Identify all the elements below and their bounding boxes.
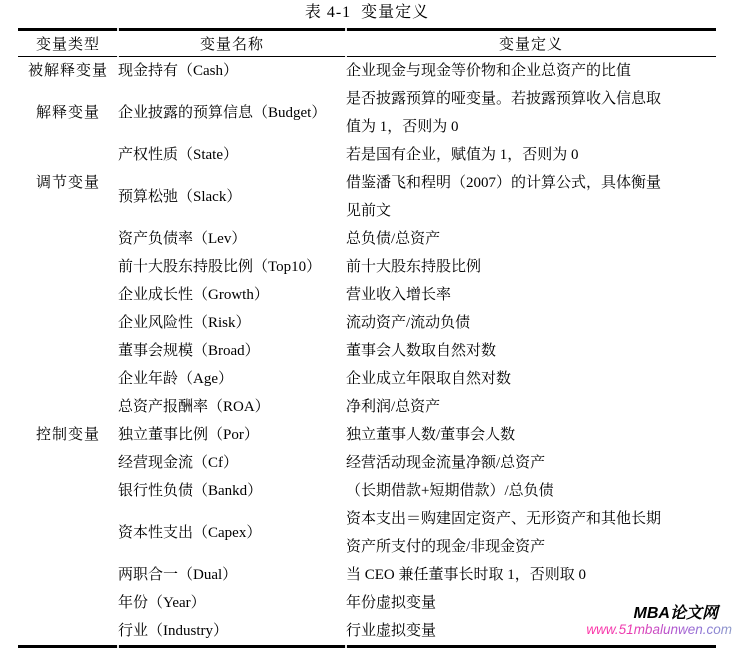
variable-name-cell: 前十大股东持股比例（Top10） <box>118 253 346 281</box>
border-tick <box>345 56 347 57</box>
table-row: 被解释变量现金持有（Cash）企业现金与现金等价物和企业总资产的比值 <box>18 57 716 86</box>
variable-definition-cell: 营业收入增长率 <box>346 281 716 309</box>
table-row: 控制变量资产负债率（Lev）总负债/总资产 <box>18 225 716 253</box>
variable-type-cell: 被解释变量 <box>18 57 118 86</box>
table-row: 企业成长性（Growth）营业收入增长率 <box>18 281 716 309</box>
table-row: 预算松弛（Slack）借鉴潘飞和程明（2007）的计算公式，具体衡量 见前文 <box>18 169 716 225</box>
table-row: 解释变量企业披露的预算信息（Budget）是否披露预算的哑变量。若披露预算收入信… <box>18 85 716 141</box>
border-tick <box>345 28 347 31</box>
variable-definition-table: 变量类型 变量名称 变量定义 被解释变量现金持有（Cash）企业现金与现金等价物… <box>18 28 716 648</box>
variable-definition-cell: 借鉴潘飞和程明（2007）的计算公式，具体衡量 见前文 <box>346 169 716 225</box>
variable-name-cell: 资产负债率（Lev） <box>118 225 346 253</box>
table-row: 经营现金流（Cf）经营活动现金流量净额/总资产 <box>18 449 716 477</box>
table-body: 被解释变量现金持有（Cash）企业现金与现金等价物和企业总资产的比值解释变量企业… <box>18 57 716 647</box>
variable-name-cell: 资本性支出（Capex） <box>118 505 346 561</box>
variable-definition-cell: 流动资产/流动负债 <box>346 309 716 337</box>
table-header: 变量类型 变量名称 变量定义 <box>18 30 716 57</box>
variable-name-cell: 银行性负债（Bankd） <box>118 477 346 505</box>
border-tick <box>117 56 119 57</box>
variable-name-cell: 企业披露的预算信息（Budget） <box>118 85 346 141</box>
watermark-url: www.51mbalunwen.com <box>586 622 732 637</box>
variable-definition-cell: （长期借款+短期借款）/总负债 <box>346 477 716 505</box>
table-row: 董事会规模（Broad）董事会人数取自然对数 <box>18 337 716 365</box>
table-caption: 表 4-1 变量定义 <box>0 0 734 28</box>
variable-name-cell: 预算松弛（Slack） <box>118 169 346 225</box>
variable-definition-cell: 是否披露预算的哑变量。若披露预算收入信息取 值为 1，否则为 0 <box>346 85 716 141</box>
table-row: 企业年龄（Age）企业成立年限取自然对数 <box>18 365 716 393</box>
variable-name-cell: 董事会规模（Broad） <box>118 337 346 365</box>
header-variable-definition: 变量定义 <box>346 30 716 57</box>
variable-name-cell: 独立董事比例（Por） <box>118 421 346 449</box>
variable-definition-cell: 经营活动现金流量净额/总资产 <box>346 449 716 477</box>
table-row: 企业风险性（Risk）流动资产/流动负债 <box>18 309 716 337</box>
variable-definition-cell: 当 CEO 兼任董事长时取 1，否则取 0 <box>346 561 716 589</box>
variable-name-cell: 现金持有（Cash） <box>118 57 346 86</box>
variable-definition-cell: 净利润/总资产 <box>346 393 716 421</box>
variable-name-cell: 企业风险性（Risk） <box>118 309 346 337</box>
variable-name-cell: 企业年龄（Age） <box>118 365 346 393</box>
variable-definition-cell: 董事会人数取自然对数 <box>346 337 716 365</box>
variable-name-cell: 产权性质（State） <box>118 141 346 169</box>
variable-definition-cell: 总负债/总资产 <box>346 225 716 253</box>
table-row: 调节变量产权性质（State）若是国有企业，赋值为 1，否则为 0 <box>18 141 716 169</box>
variable-definition-cell: 前十大股东持股比例 <box>346 253 716 281</box>
variable-name-cell: 行业（Industry） <box>118 617 346 647</box>
variable-name-cell: 总资产报酬率（ROA） <box>118 393 346 421</box>
table-row: 年份（Year）年份虚拟变量 <box>18 589 716 617</box>
document-page: 表 4-1 变量定义 变量类型 变量名称 变量定义 被解释变量现金持有（Cash… <box>0 0 734 648</box>
variable-name-cell: 经营现金流（Cf） <box>118 449 346 477</box>
table-row: 前十大股东持股比例（Top10）前十大股东持股比例 <box>18 253 716 281</box>
watermark-brand: MBA论文网 <box>634 600 718 623</box>
variable-definition-cell: 企业成立年限取自然对数 <box>346 365 716 393</box>
variable-type-cell: 解释变量 <box>18 85 118 141</box>
variable-definition-cell: 企业现金与现金等价物和企业总资产的比值 <box>346 57 716 86</box>
border-tick <box>117 28 119 31</box>
table-row: 银行性负债（Bankd）（长期借款+短期借款）/总负债 <box>18 477 716 505</box>
variable-type-cell: 调节变量 <box>18 141 118 225</box>
table-row: 资本性支出（Capex）资本支出＝购建固定资产、无形资产和其他长期 资产所支付的… <box>18 505 716 561</box>
table-row: 总资产报酬率（ROA）净利润/总资产 <box>18 393 716 421</box>
variable-definition-cell: 独立董事人数/董事会人数 <box>346 421 716 449</box>
header-variable-name: 变量名称 <box>118 30 346 57</box>
variable-type-cell: 控制变量 <box>18 225 118 647</box>
header-row: 变量类型 变量名称 变量定义 <box>18 30 716 57</box>
header-variable-type: 变量类型 <box>18 30 118 57</box>
variable-definition-cell: 若是国有企业，赋值为 1，否则为 0 <box>346 141 716 169</box>
variable-name-cell: 年份（Year） <box>118 589 346 617</box>
variable-name-cell: 两职合一（Dual） <box>118 561 346 589</box>
variable-name-cell: 企业成长性（Growth） <box>118 281 346 309</box>
table-row: 独立董事比例（Por）独立董事人数/董事会人数 <box>18 421 716 449</box>
variable-definition-cell: 资本支出＝购建固定资产、无形资产和其他长期 资产所支付的现金/非现金资产 <box>346 505 716 561</box>
table-row: 两职合一（Dual）当 CEO 兼任董事长时取 1，否则取 0 <box>18 561 716 589</box>
